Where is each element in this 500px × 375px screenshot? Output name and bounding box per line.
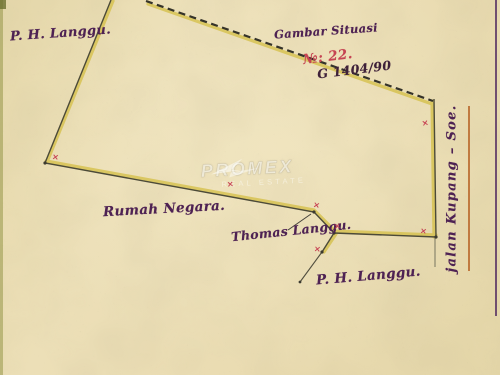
- survey-map-drawing: [0, 0, 500, 375]
- paper-fiber-texture: [0, 0, 500, 375]
- survey-mark-icon: ✕: [333, 223, 341, 232]
- page-edge-corner: [0, 0, 6, 9]
- scanned-survey-map: PROMEX REAL ESTATE P. H. Langgu. Gambar …: [0, 0, 500, 375]
- survey-mark-icon: ✕: [314, 246, 322, 255]
- survey-mark-icon: ✕: [227, 181, 235, 190]
- survey-mark-icon: ✕: [421, 119, 429, 128]
- survey-mark-icon: ✕: [51, 154, 59, 163]
- page-edge-strip: [0, 0, 3, 375]
- survey-mark-icon: ✕: [419, 228, 427, 237]
- survey-mark-icon: ✕: [312, 201, 320, 210]
- label-road-name: jalan Kupang – Soe.: [445, 104, 460, 274]
